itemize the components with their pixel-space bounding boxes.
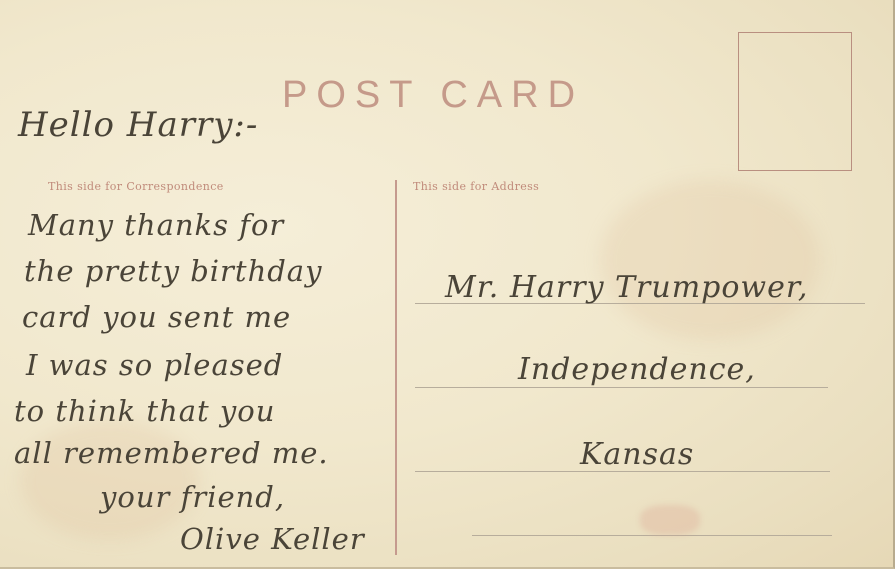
address-rule-2 <box>415 387 828 388</box>
message-line: to think that you <box>14 394 275 428</box>
message-line: Many thanks for <box>28 208 284 242</box>
message-line: card you sent me <box>22 300 291 334</box>
address-rule-4 <box>472 535 832 536</box>
address-label: This side for Address <box>413 180 539 193</box>
faint-printer-mark <box>640 505 700 535</box>
signature: Olive Keller <box>180 522 365 556</box>
message-line: all remembered me. <box>14 436 329 470</box>
postcard-title: POST CARD <box>282 74 584 117</box>
correspondence-label: This side for Correspondence <box>48 180 224 193</box>
address-state: Kansas <box>580 437 694 472</box>
address-name: Mr. Harry Trumpower, <box>445 270 808 305</box>
center-divider <box>395 180 397 555</box>
greeting-text: Hello Harry:- <box>18 105 258 145</box>
address-city: Independence, <box>518 352 756 387</box>
stamp-placeholder-box <box>738 32 852 171</box>
postcard-back: POST CARD This side for Correspondence T… <box>0 0 895 569</box>
paper-stain <box>600 180 820 340</box>
message-line: the pretty birthday <box>24 254 322 288</box>
message-line: I was so pleased <box>26 348 283 382</box>
message-closing: your friend, <box>100 480 285 514</box>
